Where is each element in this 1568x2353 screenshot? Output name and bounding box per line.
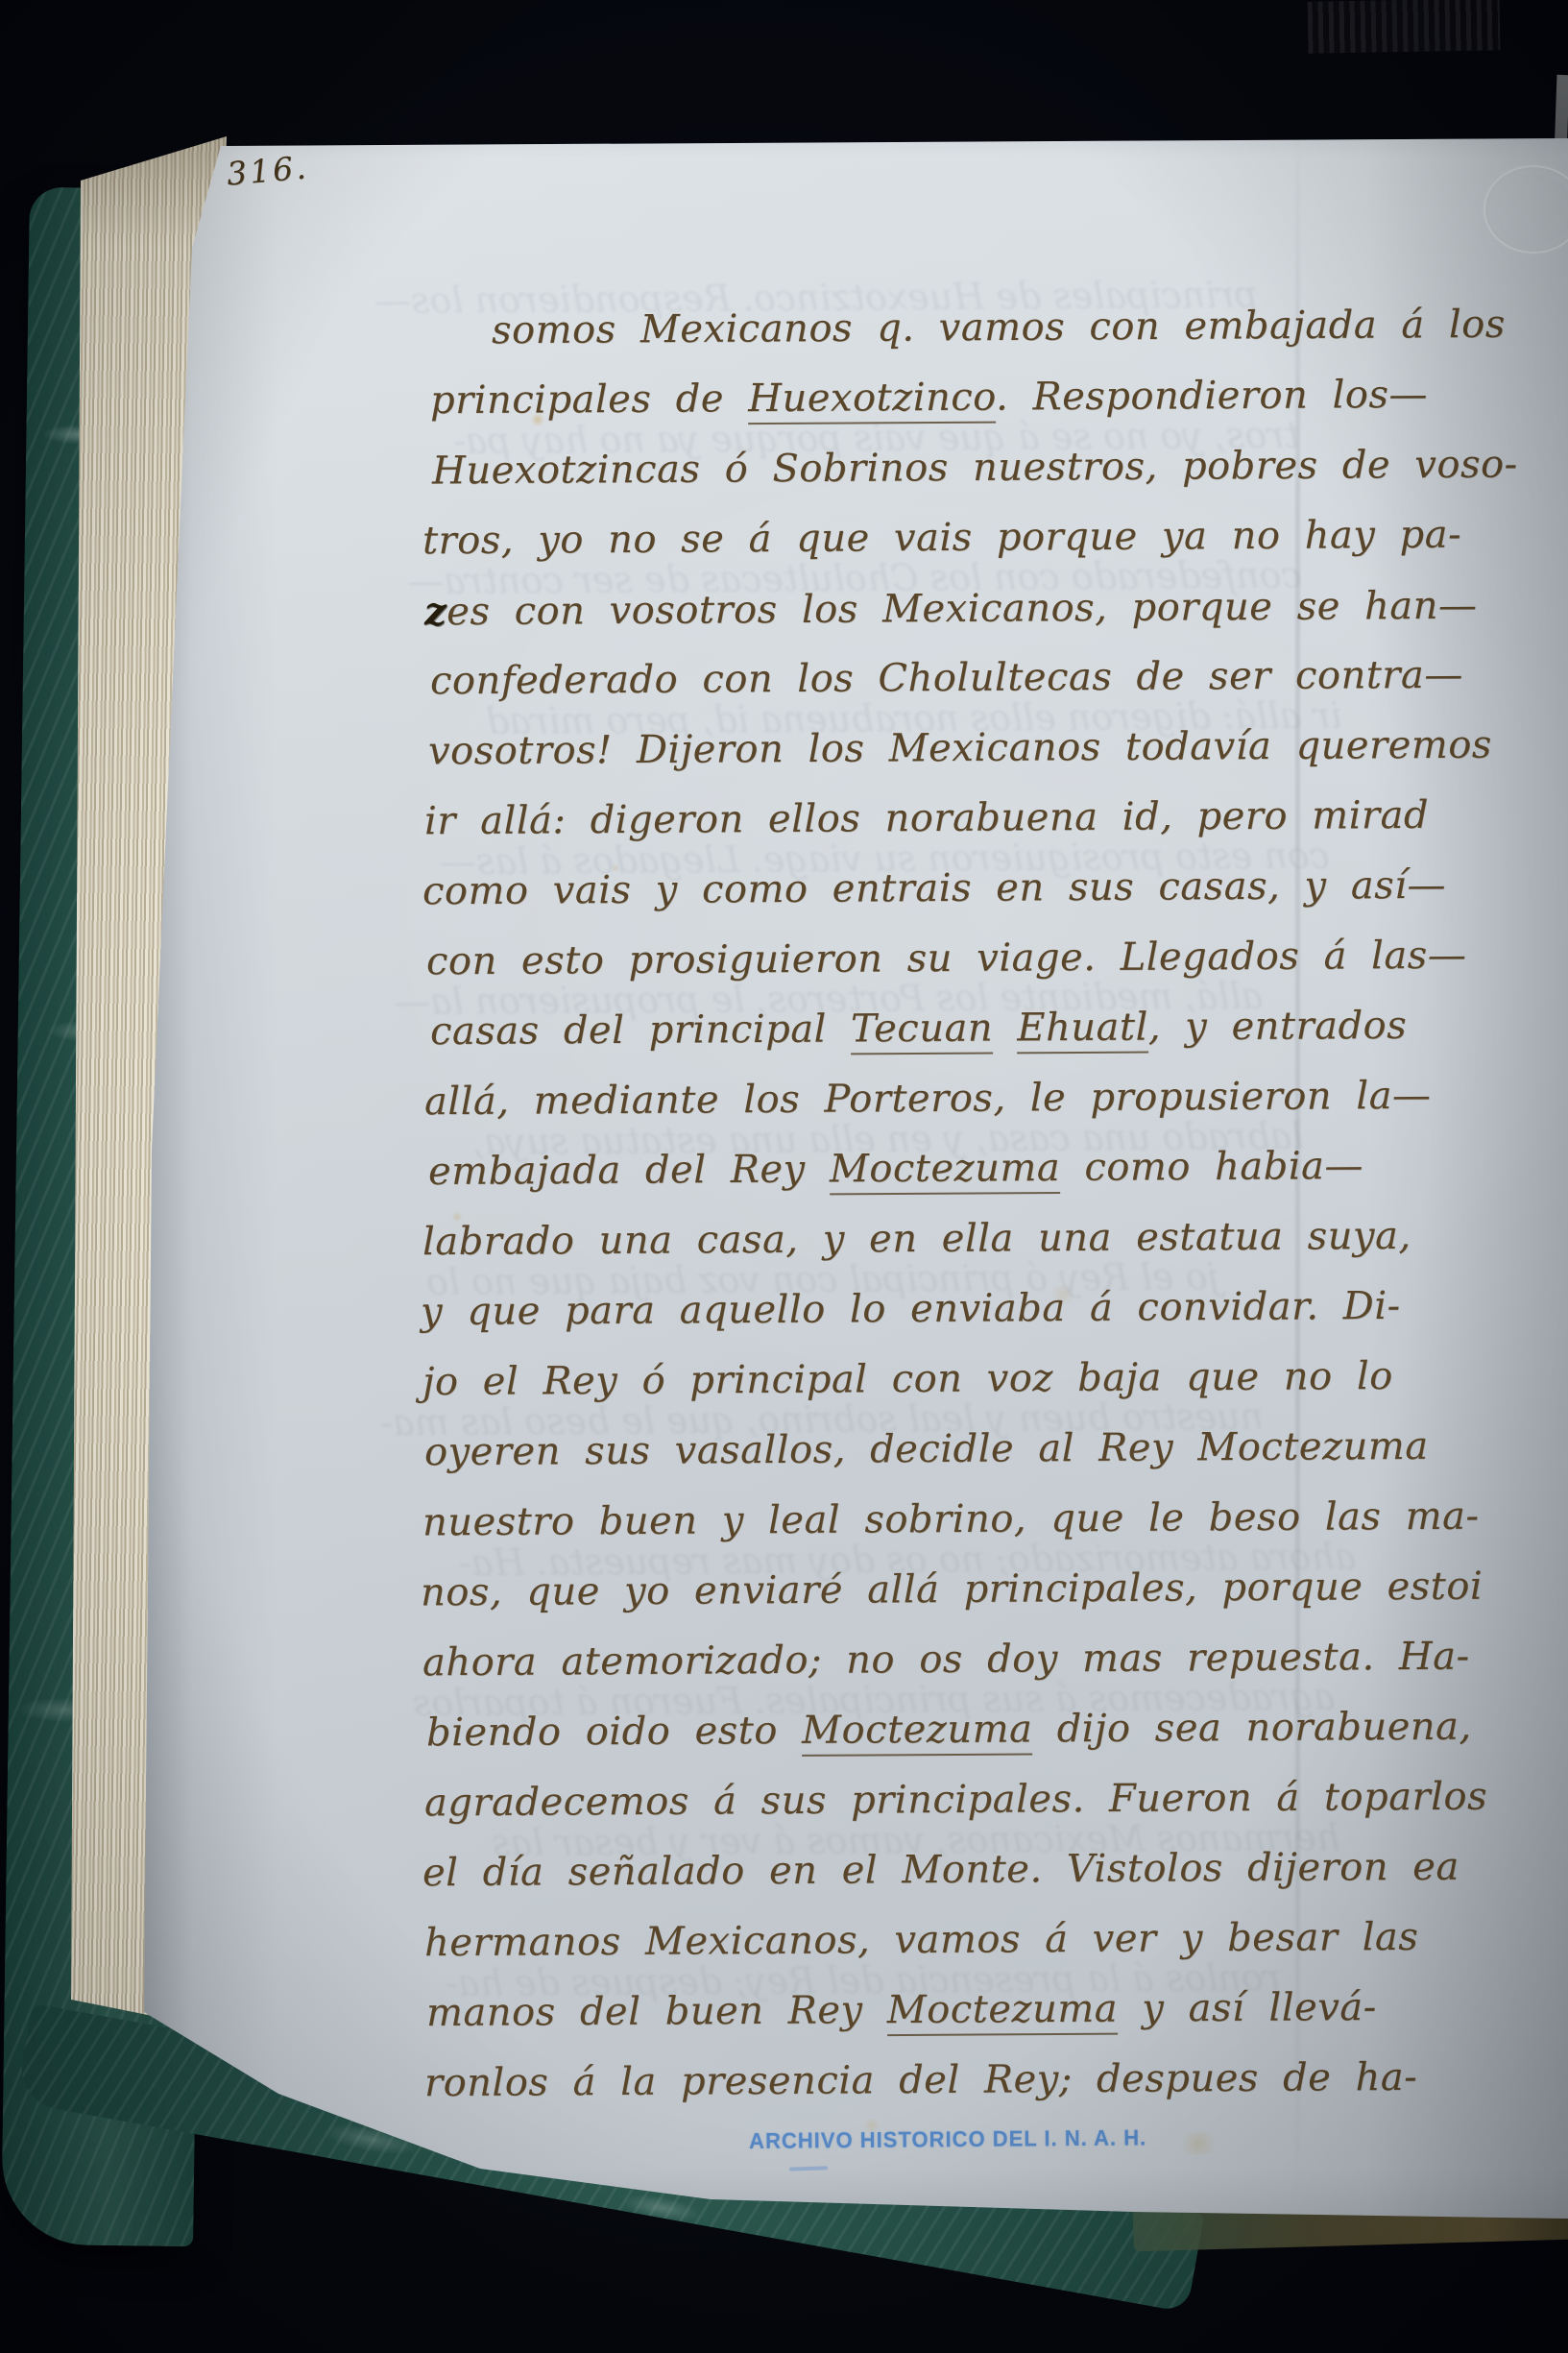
handwritten-text: jo el Rey ó principal con voz baja que n… [422,1354,1393,1404]
handwritten-text: tros, yo no se á que vais porque ya no h… [422,513,1461,564]
manuscript-line: agradecemos á sus principales. Fueron á … [424,1775,1487,1826]
handwritten-text: , y entrados [1148,1004,1408,1050]
handwritten-text: como habia— [1060,1144,1363,1190]
handwritten-text: allá, mediante los Porteros, le propusie… [424,1074,1432,1124]
manuscript-line: casas del principal Tecuan Ehuatl, y ent… [430,1004,1407,1054]
manuscript-line: nuestro buen y leal sobrino, que le beso… [422,1494,1480,1545]
handwritten-text: confederado con los Cholultecas de ser c… [430,653,1463,704]
handwritten-text: labrado una casa, y en ella una estatua … [422,1214,1411,1264]
handwritten-text: vosotros! Dijeron los Mexicanos todavía … [428,723,1492,774]
manuscript-line: labrado una casa, y en ella una estatua … [422,1214,1411,1264]
page-number: 316. [225,148,310,192]
handwritten-text: agradecemos á sus principales. Fueron á … [424,1775,1487,1826]
manuscript-line: ir allá: digeron ellos norabuena id, per… [424,793,1429,843]
handwritten-text [993,1006,1017,1050]
manuscript-line: biendo oido esto Moctezuma dijo sea nora… [426,1705,1472,1756]
underlined-word: Huexotzinco [748,376,996,425]
manuscript-line: ronlos á la presencia del Rey; despues d… [424,2055,1417,2105]
archive-stamp: ARCHIVO HISTORICO DEL I. N. A. H. [749,2125,1099,2154]
underlined-word: Ehuatl [1017,1006,1148,1055]
handwritten-text: casas del principal [430,1007,851,1054]
manuscript-line: Huexotzincas ó Sobrinos nuestros, pobres… [432,443,1518,494]
background-ribbed-band [1308,0,1501,54]
manuscript-line: tros, yo no se á que vais porque ya no h… [422,513,1461,564]
manuscript-line: principales de Huexotzinco. Respondieron… [430,373,1428,423]
underlined-word: Moctezuma [887,1987,1119,2036]
manuscript-line: confederado con los Cholultecas de ser c… [430,653,1463,704]
handwritten-text: manos del buen Rey [426,1988,887,2035]
manuscript-photo: 316. principales de Huexotzinco. Respond… [0,0,1568,2353]
manuscript-line: ahora atemorizado; no os doy mas repuest… [422,1635,1470,1686]
handwritten-text: nos, que yo enviaré allá principales, po… [421,1565,1483,1615]
handwritten-text: el día señalado en el Monte. Vistolos di… [422,1845,1459,1896]
underlined-word: Moctezuma [830,1146,1061,1195]
handwritten-text: ronlos á la presencia del Rey; despues d… [424,2055,1417,2105]
manuscript-line: jo el Rey ó principal con voz baja que n… [422,1354,1393,1404]
handwritten-text: Huexotzincas ó Sobrinos nuestros, pobres… [432,443,1518,494]
handwritten-text: y así llevá- [1118,1985,1377,2031]
handwritten-text: y que para aquello lo enviaba á convidar… [421,1284,1401,1334]
manuscript-line: embajada del Rey Moctezuma como habia— [428,1144,1363,1194]
underlined-word: Moctezuma [802,1707,1033,1756]
handwritten-text: hermanos Mexicanos, vamos á ver y besar … [424,1915,1419,1965]
manuscript-line: nos, que yo enviaré allá principales, po… [421,1565,1483,1615]
manuscript-line: allá, mediante los Porteros, le propusie… [424,1074,1432,1124]
handwritten-text: ir allá: digeron ellos norabuena id, per… [424,793,1429,843]
handwritten-text: . Respondieron los— [996,373,1428,420]
handwritten-text: nuestro buen y leal sobrino, que le beso… [422,1494,1480,1545]
manuscript-line: somos Mexicanos q. vamos con embajada á … [492,303,1506,352]
handwritten-text: embajada del Rey [428,1147,830,1194]
handwritten-text: oyeren sus vasallos, decidle al Rey Moct… [424,1424,1429,1474]
manuscript-line: como vais y como entrais en sus casas, y… [422,863,1446,914]
manuscript-line: zes con vosotros los Mexicanos, porque s… [424,583,1478,635]
manuscript-line: con esto prosiguieron su viage. Llegados… [426,934,1467,984]
handwritten-text: principales de [430,376,748,423]
manuscript-line: vosotros! Dijeron los Mexicanos todavía … [428,723,1492,774]
manuscript-line: hermanos Mexicanos, vamos á ver y besar … [424,1915,1419,1965]
handwritten-text: como vais y como entrais en sus casas, y… [422,863,1446,914]
handwritten-text: con esto prosiguieron su viage. Llegados… [426,934,1467,984]
handwritten-text: ahora atemorizado; no os doy mas repuest… [422,1635,1470,1686]
handwritten-text: dijo sea norabuena, [1032,1705,1472,1752]
handwritten-text: z [424,589,447,634]
manuscript-line: oyeren sus vasallos, decidle al Rey Moct… [424,1424,1429,1474]
handwritten-text: somos Mexicanos q. vamos con embajada á … [492,303,1506,352]
manuscript-line: el día señalado en el Monte. Vistolos di… [422,1845,1459,1896]
handwritten-text: biendo oido esto [426,1709,802,1755]
manuscript-line: y que para aquello lo enviaba á convidar… [421,1284,1401,1334]
handwritten-text: es con vosotros los Mexicanos, porque se… [446,584,1477,635]
underlined-word: Tecuan [851,1007,993,1055]
manuscript-line: manos del buen Rey Moctezuma y así llevá… [426,1985,1377,2035]
